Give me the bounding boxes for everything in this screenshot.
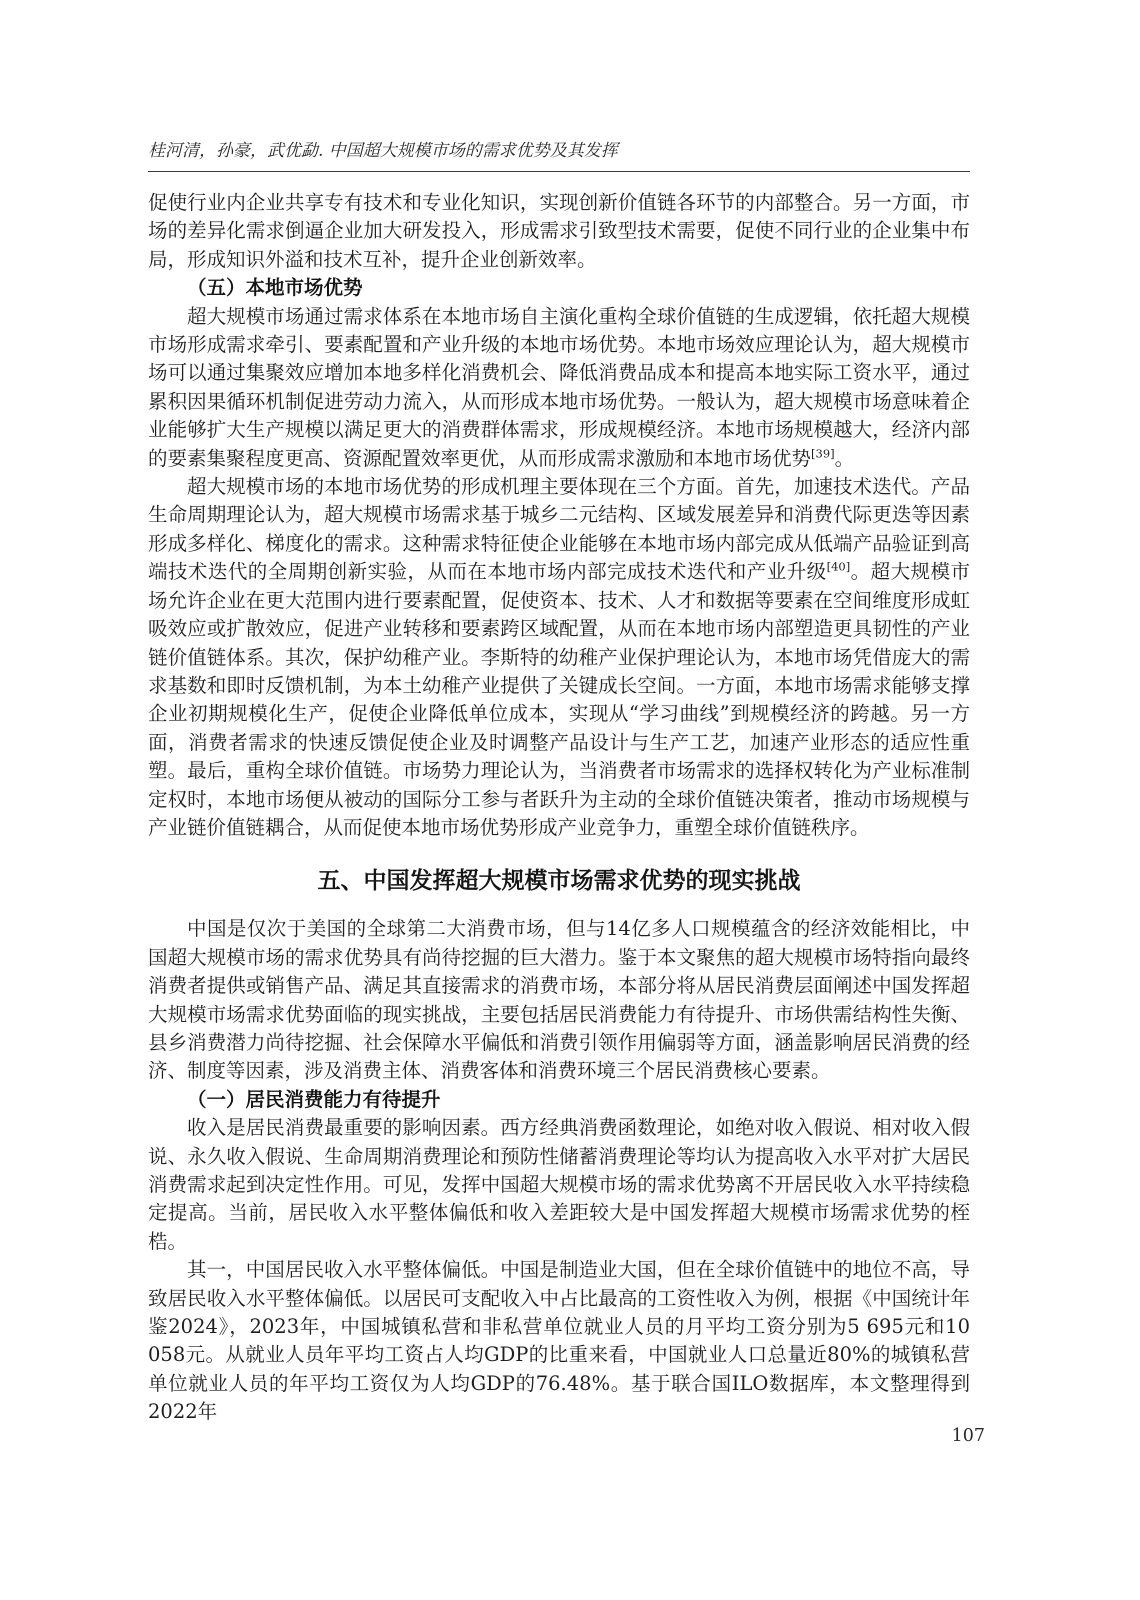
paragraph-text: 超大规模市场通过需求体系在本地市场自主演化重构全球价值链的生成逻辑，依托超大规模… <box>148 305 970 470</box>
section-heading-five-challenges: 五、中国发挥超大规模市场需求优势的现实挑战 <box>148 866 970 896</box>
paragraph-innovation-continuation: 促使行业内企业共享专有技术和专业化知识，实现创新价值链各环节的内部整合。另一方面… <box>148 189 970 274</box>
citation-ref-40: [40] <box>827 560 851 574</box>
paragraph-text: 。 <box>835 447 855 470</box>
paragraph-income-level: 其一，中国居民收入水平整体偏低。中国是制造业大国，但在全球价值链中的地位不高，导… <box>148 1256 970 1426</box>
paragraph-china-consumer-market: 中国是仅次于美国的全球第二大消费市场，但与14亿多人口规模蕴含的经济效能相比，中… <box>148 915 970 1085</box>
paragraph-income-theory: 收入是居民消费最重要的影响因素。西方经典消费函数理论，如绝对收入假说、相对收入假… <box>148 1114 970 1256</box>
subsection-heading-consumption-capacity: （一）居民消费能力有待提升 <box>148 1086 970 1114</box>
paragraph-local-market-advantage: 超大规模市场通过需求体系在本地市场自主演化重构全球价值链的生成逻辑，依托超大规模… <box>148 303 970 473</box>
paragraph-text: 。超大规模市场允许企业在更大范围内进行要素配置，促使资本、技术、人才和数据等要素… <box>148 560 970 839</box>
page-number: 107 <box>952 1426 985 1446</box>
subsection-heading-local-market-advantage: （五）本地市场优势 <box>148 274 970 302</box>
citation-ref-39: [39] <box>811 446 835 460</box>
paragraph-formation-mechanism: 超大规模市场的本地市场优势的形成机理主要体现在三个方面。首先，加速技术迭代。产品… <box>148 473 970 842</box>
document-page: 桂河清，孙豪，武优勐. 中国超大规模市场的需求优势及其发挥 促使行业内企业共享专… <box>0 0 1140 1600</box>
page-body: 促使行业内企业共享专有技术和专业化知识，实现创新价值链各环节的内部整合。另一方面… <box>148 189 970 1427</box>
running-header: 桂河清，孙豪，武优勐. 中国超大规模市场的需求优势及其发挥 <box>148 140 970 172</box>
